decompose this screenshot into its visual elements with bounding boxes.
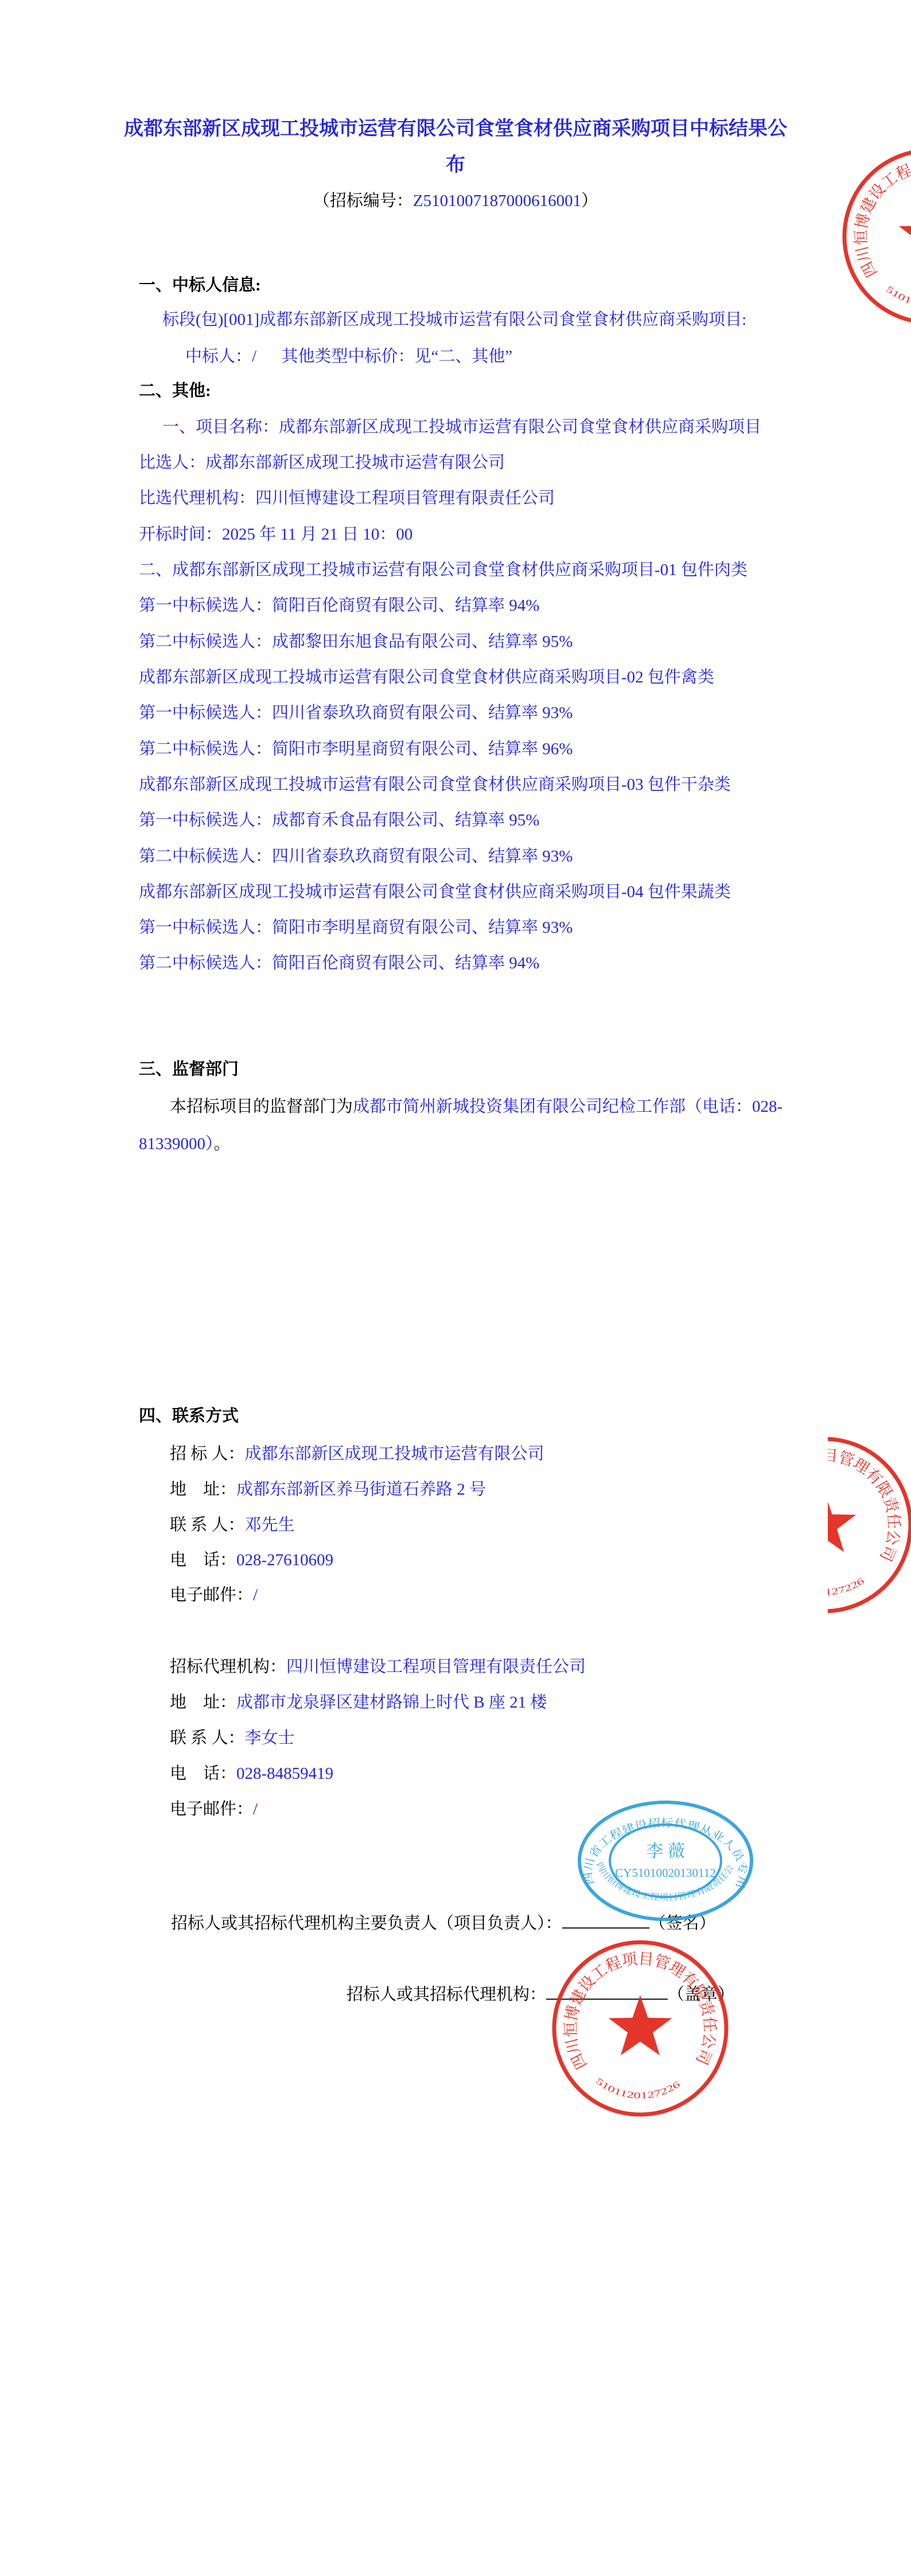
contact-label: 电 话：	[170, 1764, 236, 1783]
contact-value: 成都东部新区成现工投城市运营有限公司	[245, 1445, 544, 1463]
contact-value: 028-27610609	[236, 1551, 333, 1569]
section2-line: 第二中标候选人：四川省泰玖玖商贸有限公司、结算率 93%	[139, 847, 573, 866]
seal-code-text: 5101120127226	[594, 2076, 682, 2101]
contact-value: 邓先生	[245, 1516, 295, 1534]
seal-code-text: 5101120127226	[884, 284, 911, 309]
document-page: 成都东部新区成现工投城市运营有限公司食堂食材供应商采购项目中标结果公 布 （招标…	[0, 0, 911, 2576]
section2-line: 第一中标候选人：成都育禾食品有限公司、结算率 95%	[139, 810, 539, 830]
seal-person-name: 李 薇	[646, 1842, 685, 1861]
section2-line: 一、项目名称：成都东部新区成现工投城市运营有限公司食堂食材供应商采购项目	[162, 417, 761, 437]
section2-line: 二、成都东部新区成现工投城市运营有限公司食堂食材供应商采购项目-01 包件肉类	[139, 560, 748, 580]
section2-line: 第一中标候选人：简阳市李明星商贸有限公司、结算率 93%	[139, 918, 573, 937]
contact-label: 联 系 人：	[170, 1516, 245, 1534]
page-title-line2: 布	[0, 154, 911, 177]
section3-body-line2: 81339000）。	[139, 1134, 231, 1154]
section2-line: 比选人：成都东部新区成现工投城市运营有限公司	[139, 453, 505, 472]
section3-heading: 三、监督部门	[139, 1060, 239, 1079]
contact-value: 028-84859419	[236, 1764, 333, 1783]
agency-row-address: 地 址：成都市龙泉驿区建材路锦上时代 B 座 21 楼	[170, 1693, 547, 1712]
contact-label: 地 址：	[170, 1693, 236, 1712]
agency-row-person: 联 系 人：李女士	[170, 1728, 295, 1748]
contact-label: 招标代理机构：	[170, 1658, 286, 1676]
signature-label: 招标人或其招标代理机构主要负责人（项目负责人）：	[171, 1914, 562, 1933]
contact-row-person: 联 系 人：邓先生	[170, 1515, 295, 1535]
star-icon	[609, 1995, 672, 2055]
seal-arc-text: 四川恒博建设工程项目管理有限责任公司	[828, 1446, 903, 1569]
section2-line: 成都东部新区成现工投城市运营有限公司食堂食材供应商采购项目-04 包件果蔬类	[139, 882, 731, 902]
contact-value: 李女士	[245, 1729, 295, 1747]
section3-lead: 本招标项目的监督部门为	[170, 1097, 353, 1116]
section3-supervisor: 成都市简州新城投资集团有限公司纪检工作部（电话：028-	[353, 1097, 782, 1116]
section1-heading: 一、中标人信息:	[139, 276, 261, 295]
section2-line: 开标时间：2025 年 11 月 21 日 10：00	[139, 525, 412, 544]
section2-heading: 二、其他:	[139, 381, 211, 401]
section3-body-line1: 本招标项目的监督部门为成都市简州新城投资集团有限公司纪检工作部（电话：028-	[170, 1097, 782, 1116]
section2-line: 第二中标候选人：简阳市李明星商贸有限公司、结算率 96%	[139, 739, 573, 759]
section2-line: 第二中标候选人：简阳百伦商贸有限公司、结算率 94%	[139, 953, 539, 973]
agency-row-name: 招标代理机构：四川恒博建设工程项目管理有限责任公司	[170, 1657, 586, 1677]
agency-seal-stamp-top: 四川恒博建设工程项目管理有限责任公司 5101120127226	[839, 145, 911, 328]
tender-number: Z5101007187000616001	[413, 192, 581, 210]
page-title-line1: 成都东部新区成现工投城市运营有限公司食堂食材供应商采购项目中标结果公	[0, 118, 911, 141]
contact-row-email: 电子邮件：/	[170, 1585, 258, 1605]
contact-value: 成都市龙泉驿区建材路锦上时代 B 座 21 楼	[236, 1693, 547, 1712]
tender-number-prefix: （招标编号：	[313, 192, 413, 210]
section4-heading: 四、联系方式	[139, 1406, 239, 1426]
contact-label: 招 标 人：	[170, 1445, 245, 1463]
contact-value: /	[253, 1800, 258, 1818]
agency-row-phone: 电 话：028-84859419	[170, 1764, 333, 1783]
agent-personal-seal-stamp: 四川省工程建设招标代理从业人员专用章 李 薇 CY51010020130112 …	[574, 1798, 757, 1924]
section3-phone-rest: 81339000）	[139, 1135, 214, 1153]
contact-value: 成都东部新区养马街道石养路 2 号	[236, 1480, 486, 1499]
section2-line: 第一中标候选人：简阳百伦商贸有限公司、结算率 94%	[139, 596, 539, 615]
section2-line: 第二中标候选人：成都黎田东旭食品有限公司、结算率 95%	[139, 632, 573, 651]
star-icon	[899, 203, 911, 263]
contact-label: 联 系 人：	[170, 1729, 245, 1747]
contact-label: 电子邮件：	[170, 1800, 253, 1818]
seal-code-text: 5101120127226	[828, 1573, 866, 1597]
contact-row-address: 地 址：成都东部新区养马街道石养路 2 号	[170, 1480, 486, 1499]
tender-number-suffix: ）	[581, 192, 598, 210]
section1-winner-line: 中标人：/ 其他类型中标价：见“二、其他”	[185, 347, 512, 366]
tender-number-line: （招标编号：Z5101007187000616001）	[0, 191, 911, 211]
contact-label: 电子邮件：	[170, 1586, 253, 1604]
section2-line: 成都东部新区成现工投城市运营有限公司食堂食材供应商采购项目-02 包件禽类	[139, 668, 714, 687]
contact-value: /	[253, 1586, 258, 1604]
star-icon	[828, 1492, 856, 1552]
agency-seal-stamp-bottom: 四川恒博建设工程项目管理有限责任公司 5101120127226	[548, 1937, 732, 2120]
contact-row-tenderer: 招 标 人：成都东部新区成现工投城市运营有限公司	[170, 1444, 544, 1464]
agency-seal-stamp-middle: 四川恒博建设工程项目管理有限责任公司 5101120127226	[828, 1430, 911, 1623]
section1-lot-line: 标段(包)[001]成都东部新区成现工投城市运营有限公司食堂食材供应商采购项目:	[162, 310, 746, 329]
agency-row-email: 电子邮件：/	[170, 1799, 258, 1819]
contact-row-phone: 电 话：028-27610609	[170, 1550, 333, 1570]
agency-seal-stamp-middle-svg: 四川恒博建设工程项目管理有限责任公司 5101120127226	[828, 1433, 911, 1617]
seal-arc-text: 四川恒博建设工程项目管理有限责任公司	[852, 158, 911, 280]
contact-label: 地 址：	[170, 1480, 236, 1499]
section2-line: 成都东部新区成现工投城市运营有限公司食堂食材供应商采购项目-03 包件干杂类	[139, 775, 731, 794]
seal-person-code: CY51010020130112	[615, 1866, 715, 1880]
section2-line: 第一中标候选人：四川省泰玖玖商贸有限公司、结算率 93%	[139, 703, 573, 723]
contact-value: 四川恒博建设工程项目管理有限责任公司	[286, 1658, 586, 1676]
contact-label: 电 话：	[170, 1551, 236, 1569]
seal-label: 招标人或其招标代理机构：	[347, 1985, 546, 2004]
section2-line: 比选代理机构：四川恒博建设工程项目管理有限责任公司	[139, 488, 555, 508]
section3-period: 。	[214, 1135, 231, 1153]
